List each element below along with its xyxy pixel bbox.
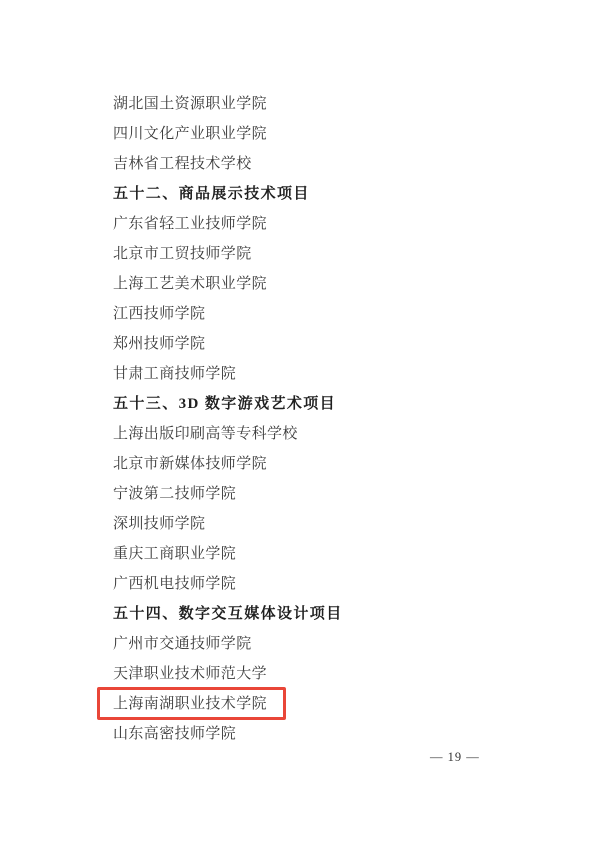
line-text: 甘肃工商技师学院: [113, 359, 236, 389]
line-text: 五十三、3D 数字游戏艺术项目: [113, 389, 336, 419]
school-item: 郑州技师学院: [113, 329, 533, 359]
school-item: 深圳技师学院: [113, 509, 533, 539]
line-text: 广东省轻工业技师学院: [113, 209, 267, 239]
school-item: 吉林省工程技术学校: [113, 149, 533, 179]
school-item: 重庆工商职业学院: [113, 539, 533, 569]
school-item: 四川文化产业职业学院: [113, 119, 533, 149]
line-text: 吉林省工程技术学校: [113, 149, 252, 179]
school-item: 江西技师学院: [113, 299, 533, 329]
school-list: 湖北国土资源职业学院四川文化产业职业学院吉林省工程技术学校五十二、商品展示技术项…: [113, 89, 533, 749]
line-text: 上海出版印刷高等专科学校: [113, 419, 298, 449]
document-page: 湖北国土资源职业学院四川文化产业职业学院吉林省工程技术学校五十二、商品展示技术项…: [0, 0, 595, 842]
school-item: 宁波第二技师学院: [113, 479, 533, 509]
line-text: 五十二、商品展示技术项目: [113, 179, 310, 209]
line-text: 北京市工贸技师学院: [113, 239, 252, 269]
section-heading: 五十四、数字交互媒体设计项目: [113, 599, 533, 629]
line-text: 湖北国土资源职业学院: [113, 89, 267, 119]
school-item: 甘肃工商技师学院: [113, 359, 533, 389]
school-item: 广东省轻工业技师学院: [113, 209, 533, 239]
school-item: 山东高密技师学院: [113, 719, 533, 749]
line-text: 上海工艺美术职业学院: [113, 269, 267, 299]
school-item: 广西机电技师学院: [113, 569, 533, 599]
school-item: 广州市交通技师学院: [113, 629, 533, 659]
school-item: 上海工艺美术职业学院: [113, 269, 533, 299]
page-number: — 19 —: [430, 748, 500, 766]
highlight-box: [97, 687, 286, 720]
line-text: 广州市交通技师学院: [113, 629, 252, 659]
school-item: 天津职业技术师范大学: [113, 659, 533, 689]
line-text: 北京市新媒体技师学院: [113, 449, 267, 479]
line-text: 江西技师学院: [113, 299, 205, 329]
school-item: 湖北国土资源职业学院: [113, 89, 533, 119]
line-text: 天津职业技术师范大学: [113, 659, 267, 689]
section-heading: 五十二、商品展示技术项目: [113, 179, 533, 209]
school-item: 上海出版印刷高等专科学校: [113, 419, 533, 449]
line-text: 郑州技师学院: [113, 329, 205, 359]
line-text: 山东高密技师学院: [113, 719, 236, 749]
line-text: 广西机电技师学院: [113, 569, 236, 599]
line-text: 五十四、数字交互媒体设计项目: [113, 599, 343, 629]
line-text: 宁波第二技师学院: [113, 479, 236, 509]
line-text: 上海南湖职业技术学院: [113, 689, 267, 719]
line-text: 重庆工商职业学院: [113, 539, 236, 569]
highlighted-school-item: 上海南湖职业技术学院: [113, 689, 533, 719]
school-item: 北京市新媒体技师学院: [113, 449, 533, 479]
line-text: 四川文化产业职业学院: [113, 119, 267, 149]
section-heading: 五十三、3D 数字游戏艺术项目: [113, 389, 533, 419]
school-item: 北京市工贸技师学院: [113, 239, 533, 269]
line-text: 深圳技师学院: [113, 509, 205, 539]
